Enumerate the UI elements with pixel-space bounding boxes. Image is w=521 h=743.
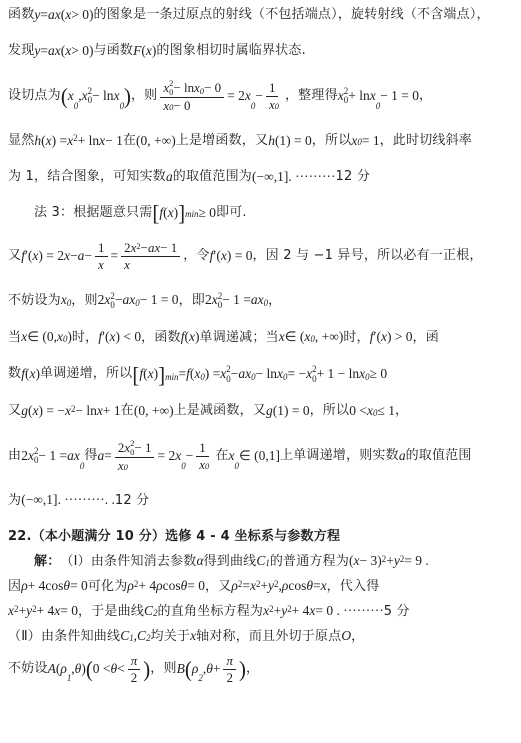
math-run: − <box>141 240 148 256</box>
math-run: 0 <box>357 137 361 148</box>
text-run: 解： <box>34 554 60 570</box>
math-run: 2 <box>198 673 202 684</box>
math-run: (−∞,1] <box>252 169 288 186</box>
math-run: F <box>133 43 141 60</box>
math-run: 1 <box>269 80 275 96</box>
line-tangency-critical: 发现 y = ax(x > 0)与函数 F(x)的图象相切时属临界状态. <box>8 43 515 60</box>
text-run: ，则 <box>71 293 97 309</box>
math-run: 2 <box>146 633 150 644</box>
text-run: 发现 <box>8 43 34 59</box>
math-run: g <box>266 403 273 420</box>
math-run: a <box>399 448 406 465</box>
math-run: + <box>386 553 394 570</box>
math-run: 2 <box>134 579 138 590</box>
math-run: + ln <box>78 133 100 150</box>
line-h-increasing: 显然 h(x) = x2 + ln x − 1 在(0, +∞)上是增函数，又 … <box>8 132 515 149</box>
math-run: = 0 <box>187 578 205 595</box>
math-run: a <box>166 169 173 186</box>
math-run: > 0) <box>71 43 93 60</box>
math-run: + <box>213 661 221 678</box>
text-run: 函数 <box>8 7 34 23</box>
document-page: 函数 y = ax(x > 0)的图象是一条过原点的射线（不包括端点），旋转射线… <box>0 0 521 743</box>
text-run: 不妨设 <box>8 661 48 677</box>
text-run: 在 <box>123 133 136 149</box>
math-run: θ <box>181 578 188 595</box>
math-run: 0 <box>124 462 128 472</box>
math-run: ) < 0 <box>116 329 142 346</box>
math-run: a <box>78 248 85 265</box>
text-run: 为 1，结合图象，可知实数 <box>8 169 166 185</box>
math-run: ∈ ( <box>285 329 305 346</box>
math-run: 2 <box>287 604 291 615</box>
text-run: 单调递增，所以 <box>40 366 132 382</box>
math-run: 0 <box>63 334 67 345</box>
text-run: 为 <box>8 493 21 509</box>
math-run: + 4 <box>292 603 310 620</box>
math-run: − 1 = 0 <box>140 292 179 309</box>
math-run: ax <box>123 292 136 309</box>
math-run: 2 <box>14 604 18 615</box>
math-run: 2 <box>256 579 260 590</box>
math-run: ) = − <box>38 403 64 420</box>
math-run: θ <box>75 661 82 678</box>
math-run: (−∞,1] <box>21 492 57 509</box>
math-run: . ·········. . <box>58 492 115 509</box>
math-run: θ <box>63 578 70 595</box>
text-run: 的图象是一条过原点的射线（不包括端点），旋转射线（不含端点）， <box>94 7 490 23</box>
math-run: − 1 <box>160 240 177 256</box>
math-run: h <box>34 133 41 150</box>
text-run: ，则 <box>150 661 176 677</box>
math-run: − <box>186 448 194 465</box>
math-run: 2 <box>400 554 404 565</box>
math-run: C <box>144 603 153 620</box>
math-run: O <box>341 628 351 645</box>
math-run: = <box>111 248 119 265</box>
text-run: 轴对称，而且外切于原点 <box>196 629 341 645</box>
math-run: α <box>196 553 203 570</box>
math-run: = <box>40 7 48 24</box>
math-run: − 1 <box>134 440 151 456</box>
math-run: θ <box>206 661 213 678</box>
math-run: + 1 <box>103 403 121 420</box>
math-run: a <box>98 448 105 465</box>
math-run: > 0) <box>71 7 93 24</box>
fraction: π2 <box>223 653 236 685</box>
text-run: 可化为 <box>88 579 128 595</box>
text-run: 设切点为 <box>8 88 61 104</box>
math-run: 0 <box>235 461 239 472</box>
text-run: 均关于 <box>151 629 191 645</box>
text-run: ，因 2 与 −1 异号，所以必有一正根， <box>252 248 482 264</box>
line-22-points-ab: 不妨设 A(ρ1,θ)(0 < θ < π2)，则 B(ρ2,θ + π2)， <box>8 653 515 685</box>
text-run: 当 <box>8 330 21 346</box>
math-run: = <box>40 43 48 60</box>
math-run: + 1 − ln <box>317 366 360 383</box>
text-run: ，整理得 <box>285 88 338 104</box>
math-run: ′( <box>102 329 109 346</box>
math-run: + 4cos <box>28 578 64 595</box>
math-run: ) = 2 <box>38 248 64 265</box>
math-run: − 0 <box>173 98 190 114</box>
text-run: 12 分 <box>336 169 370 185</box>
text-run: 又 <box>8 248 21 264</box>
math-run: − <box>231 366 239 383</box>
text-run: 与函数 <box>94 43 134 59</box>
math-run: 0 <box>264 298 268 309</box>
math-run: ∈ (0, <box>27 329 57 346</box>
math-run: + <box>260 578 268 595</box>
math-run: − <box>255 88 263 105</box>
math-run: θ <box>111 661 118 678</box>
math-run: 2 <box>131 670 137 686</box>
text-run: 的直角坐标方程为 <box>158 604 264 620</box>
math-run: ax <box>67 448 80 465</box>
math-run: ) > 0 <box>387 329 413 346</box>
math-run: C <box>120 628 129 645</box>
text-run: ，又 <box>205 579 231 595</box>
math-run: ′( <box>213 248 220 265</box>
line-22-polar-conversion: 因 ρ + 4cosθ = 0 可化为 ρ2 + 4ρ cosθ = 0，又 ρ… <box>8 578 515 595</box>
math-run: 1 <box>98 240 104 256</box>
math-run: 2 <box>205 292 212 309</box>
math-run: = 1 <box>362 133 380 150</box>
math-run: 0 <box>80 461 84 472</box>
math-run: = 2 <box>227 88 245 105</box>
math-run: 0 <box>135 298 139 309</box>
math-run: − 1 = <box>222 292 251 309</box>
line-ray-description: 函数 y = ax(x > 0)的图象是一条过原点的射线（不包括端点），旋转射线… <box>8 7 515 24</box>
text-run: 即可. <box>216 205 247 221</box>
math-run: − <box>70 248 78 265</box>
math-run: 0 <box>275 101 279 111</box>
math-run: B <box>177 661 185 678</box>
math-run: ) = <box>205 366 220 383</box>
fraction: 2x20 − 1x0 <box>115 439 155 473</box>
fraction: 1x0 <box>196 440 212 472</box>
text-run: 在 <box>215 448 228 464</box>
math-run: + 4 <box>37 603 55 620</box>
math-run: ) = <box>52 133 67 150</box>
line-min-value: 数 f(x)单调递增，所以[f(x)]min = f(x0) = x20 − a… <box>8 365 515 384</box>
text-run: 数 <box>8 366 21 382</box>
section-method2-conclusion-and-method3: 函数 y = ax(x > 0)的图象是一条过原点的射线（不包括端点），旋转射线… <box>8 7 515 509</box>
math-run: ′( <box>373 329 380 346</box>
text-run: （Ⅱ）由条件知曲线 <box>8 629 120 645</box>
text-run: 单调递减；当 <box>200 330 279 346</box>
math-run: ≤ 1 <box>377 403 395 420</box>
math-run: cos <box>163 578 181 595</box>
math-run: 0 <box>205 461 209 471</box>
math-run: 0 < <box>93 661 111 678</box>
text-run: 的取值范围为 <box>173 169 252 185</box>
math-run: 0 <box>67 298 71 309</box>
fraction: 2x2 − ax − 1x <box>121 240 180 272</box>
text-run: ， <box>268 293 281 309</box>
text-run: ，函数 <box>141 330 181 346</box>
math-run: − 0 <box>204 80 221 96</box>
math-run: − ln <box>256 366 278 383</box>
line-monotonicity: 当 x ∈ (0, x0)时，f′(x) < 0，函数 f(x)单调递减；当 x… <box>8 329 515 346</box>
math-run: A <box>48 661 56 678</box>
text-run: ，令 <box>183 248 209 264</box>
text-run: 由 <box>8 448 21 464</box>
line-method3-header: 法 3：根据题意只需[f(x)]min ≥ 0 即可. <box>8 204 515 221</box>
fraction: x20 − ln x0 − 0x0 − 0 <box>160 79 224 113</box>
math-run: . ········· <box>288 169 335 186</box>
math-run: 0 < <box>349 403 367 420</box>
math-run: − ln <box>173 80 194 96</box>
math-run: 1 <box>199 440 205 456</box>
text-run: 的取值范围 <box>406 448 472 464</box>
math-run: (1) = 0 <box>275 133 312 150</box>
math-run: (0, +∞) <box>134 403 174 420</box>
line-22-part1-c1: 解：（Ⅰ）由条件知消去参数 α 得到曲线 C1 的普通方程为(x − 3)2 +… <box>8 553 515 570</box>
line-range-conclusion-12pts: 为 1，结合图象，可知实数 a 的取值范围为(−∞,1]. ·········1… <box>8 168 515 185</box>
math-run: < <box>117 661 125 678</box>
text-run: 5 分 <box>384 604 410 620</box>
math-run: ∈ (0,1] <box>239 448 280 465</box>
math-run: 2 <box>153 608 157 619</box>
text-run: ，代入得 <box>327 579 380 595</box>
text-run: ，则 <box>131 88 157 104</box>
line-a-expression: 由 2x20 − 1 = ax0 得 a = 2x20 − 1x0 = 2x0 … <box>8 439 515 473</box>
math-run: C <box>137 628 146 645</box>
math-run: x <box>98 257 104 273</box>
text-run: ，函 <box>413 330 439 346</box>
text-run: 得到曲线 <box>204 554 257 570</box>
line-tangent-point-equation: 设切点为(x0, x20 − ln x0)，则 x20 − ln x0 − 0x… <box>8 79 515 113</box>
math-run: min <box>165 372 178 383</box>
math-run: 2 <box>21 448 28 465</box>
math-run: ax <box>251 292 264 309</box>
math-run: 0 <box>200 86 204 96</box>
math-run: = <box>104 448 112 465</box>
text-run: 不妨设为 <box>8 293 61 309</box>
math-run: 2 <box>382 554 386 565</box>
math-run: 0 <box>376 101 380 112</box>
math-run: 2 <box>32 604 36 615</box>
text-run: 上是增函数，又 <box>176 133 268 149</box>
line-g-decreasing: 又 g(x) = −x2 − ln x + 1 在(0, +∞)上是减函数，又 … <box>8 403 515 420</box>
math-run: 2 <box>226 670 232 686</box>
math-run: x <box>124 257 130 273</box>
document-body: 函数 y = ax(x > 0)的图象是一条过原点的射线（不包括端点），旋转射线… <box>8 7 515 685</box>
math-run: − <box>84 248 92 265</box>
math-run: 2 <box>269 604 273 615</box>
text-run: 在 <box>121 403 134 419</box>
math-run: − 1 <box>105 133 123 150</box>
text-run: （Ⅰ）由条件知消去参数 <box>60 554 196 570</box>
text-run: 12 分 <box>115 493 149 509</box>
math-run: ≥ 0 <box>370 366 388 383</box>
math-run: − ln <box>92 88 114 105</box>
text-run: 又 <box>8 403 21 419</box>
math-run: = <box>313 578 321 595</box>
math-run: (1) = 0 <box>273 403 310 420</box>
math-run: = − <box>288 366 307 383</box>
math-run: 2 <box>238 579 242 590</box>
text-run: 显然 <box>8 133 34 149</box>
math-run: ax <box>48 43 61 60</box>
line-derivative: 又 f′(x) = 2x − a − 1x = 2x2 − ax − 1x，令 … <box>8 240 515 272</box>
math-run: 0 <box>251 101 255 112</box>
math-run: + ln <box>348 88 370 105</box>
math-run: − 1 = <box>38 448 67 465</box>
text-run: 上单调递增，则实数 <box>280 448 399 464</box>
math-run: = 0 <box>70 578 88 595</box>
text-run: ， <box>419 88 432 104</box>
fraction: 1x <box>95 240 107 272</box>
text-run: ， <box>351 629 364 645</box>
math-run: h <box>268 133 275 150</box>
math-run: = 0 . ········· <box>315 603 383 620</box>
math-run: 2 <box>274 579 278 590</box>
math-run: θ <box>306 578 313 595</box>
text-run: ，于是曲线 <box>78 604 144 620</box>
line-final-range-12pts: 为(−∞,1]. ·········. . 12 分 <box>8 492 515 509</box>
math-run: 2 <box>136 241 140 251</box>
math-run: 0 <box>251 372 255 383</box>
text-run: ， <box>395 403 408 419</box>
text-run: ，即 <box>179 293 205 309</box>
text-run: 因 <box>8 579 21 595</box>
math-run: 1 <box>129 633 133 644</box>
math-run: 1 <box>67 673 71 684</box>
line-positive-root: 不妨设为 x0，则 2x20 − ax0 − 1 = 0，即 2x20 − 1 … <box>8 292 515 311</box>
line-22-c2-equation-5pts: x2 + y2 + 4x = 0，于是曲线 C2 的直角坐标方程为 x2 + y… <box>8 603 515 620</box>
line-22-part2-symmetry: （Ⅱ）由条件知曲线 C1, C2 均关于 x 轴对称，而且外切于原点 O， <box>8 628 515 645</box>
text-run: 时， <box>72 330 98 346</box>
math-run: 0 <box>74 101 78 112</box>
math-run: 1 <box>265 558 269 569</box>
math-run: π <box>131 653 138 669</box>
math-run: 0 <box>310 334 314 345</box>
math-run: 0 <box>200 372 204 383</box>
math-run: ) = 0 <box>227 248 253 265</box>
math-run: g <box>21 403 28 420</box>
math-run: ax <box>48 7 61 24</box>
math-run: ax <box>238 366 251 383</box>
section-problem-22: 22.（本小题满分 10 分）选修 4 - 4 坐标系与参数方程解：（Ⅰ）由条件… <box>8 528 515 685</box>
math-run: = <box>242 578 250 595</box>
text-run: 的图象相切时属临界状态. <box>156 43 306 59</box>
math-run: − ln <box>75 403 97 420</box>
math-run: + 4 <box>138 578 156 595</box>
math-run: = 9 . <box>404 553 429 570</box>
fraction: π2 <box>128 653 141 685</box>
math-run: = 0 <box>60 603 78 620</box>
math-run: π <box>226 653 233 669</box>
math-run: = <box>178 366 186 383</box>
text-run: ，所以 <box>310 403 350 419</box>
line-problem22-title: 22.（本小题满分 10 分）选修 4 - 4 坐标系与参数方程 <box>8 528 515 545</box>
math-run: 0 <box>181 461 185 472</box>
math-run: C <box>256 553 265 570</box>
math-run: , +∞) <box>315 329 343 346</box>
math-run: = 2 <box>157 448 175 465</box>
math-run: 0 <box>365 372 369 383</box>
math-run: (0, +∞) <box>136 133 176 150</box>
math-run: 2 <box>73 133 77 144</box>
text-run: 得 <box>84 448 97 464</box>
math-run: + <box>18 603 26 620</box>
math-run: 0 <box>373 408 377 419</box>
math-run: − <box>115 292 123 309</box>
math-run: 0 <box>283 372 287 383</box>
math-run: 0 <box>169 102 173 112</box>
text-run: 法 3：根据题意只需 <box>34 205 152 221</box>
math-run: ≥ 0 <box>198 205 216 222</box>
text-run: ， <box>246 661 259 677</box>
math-run: 2 <box>71 404 75 415</box>
math-run: min <box>185 209 198 220</box>
text-run: 上是减函数，又 <box>174 403 266 419</box>
fraction: 1x0 <box>266 80 282 112</box>
math-run: cos <box>288 578 306 595</box>
text-run: 时， <box>343 330 369 346</box>
text-run: ，所以 <box>312 133 352 149</box>
text-run: ，此时切线斜率 <box>380 133 472 149</box>
math-run: ax <box>148 240 160 256</box>
math-run: − 1 = 0 <box>380 88 419 105</box>
math-run: − 3) <box>360 553 382 570</box>
text-run: 22.（本小题满分 10 分）选修 4 - 4 坐标系与参数方程 <box>8 529 340 545</box>
text-run: 的普通方程为 <box>270 554 349 570</box>
